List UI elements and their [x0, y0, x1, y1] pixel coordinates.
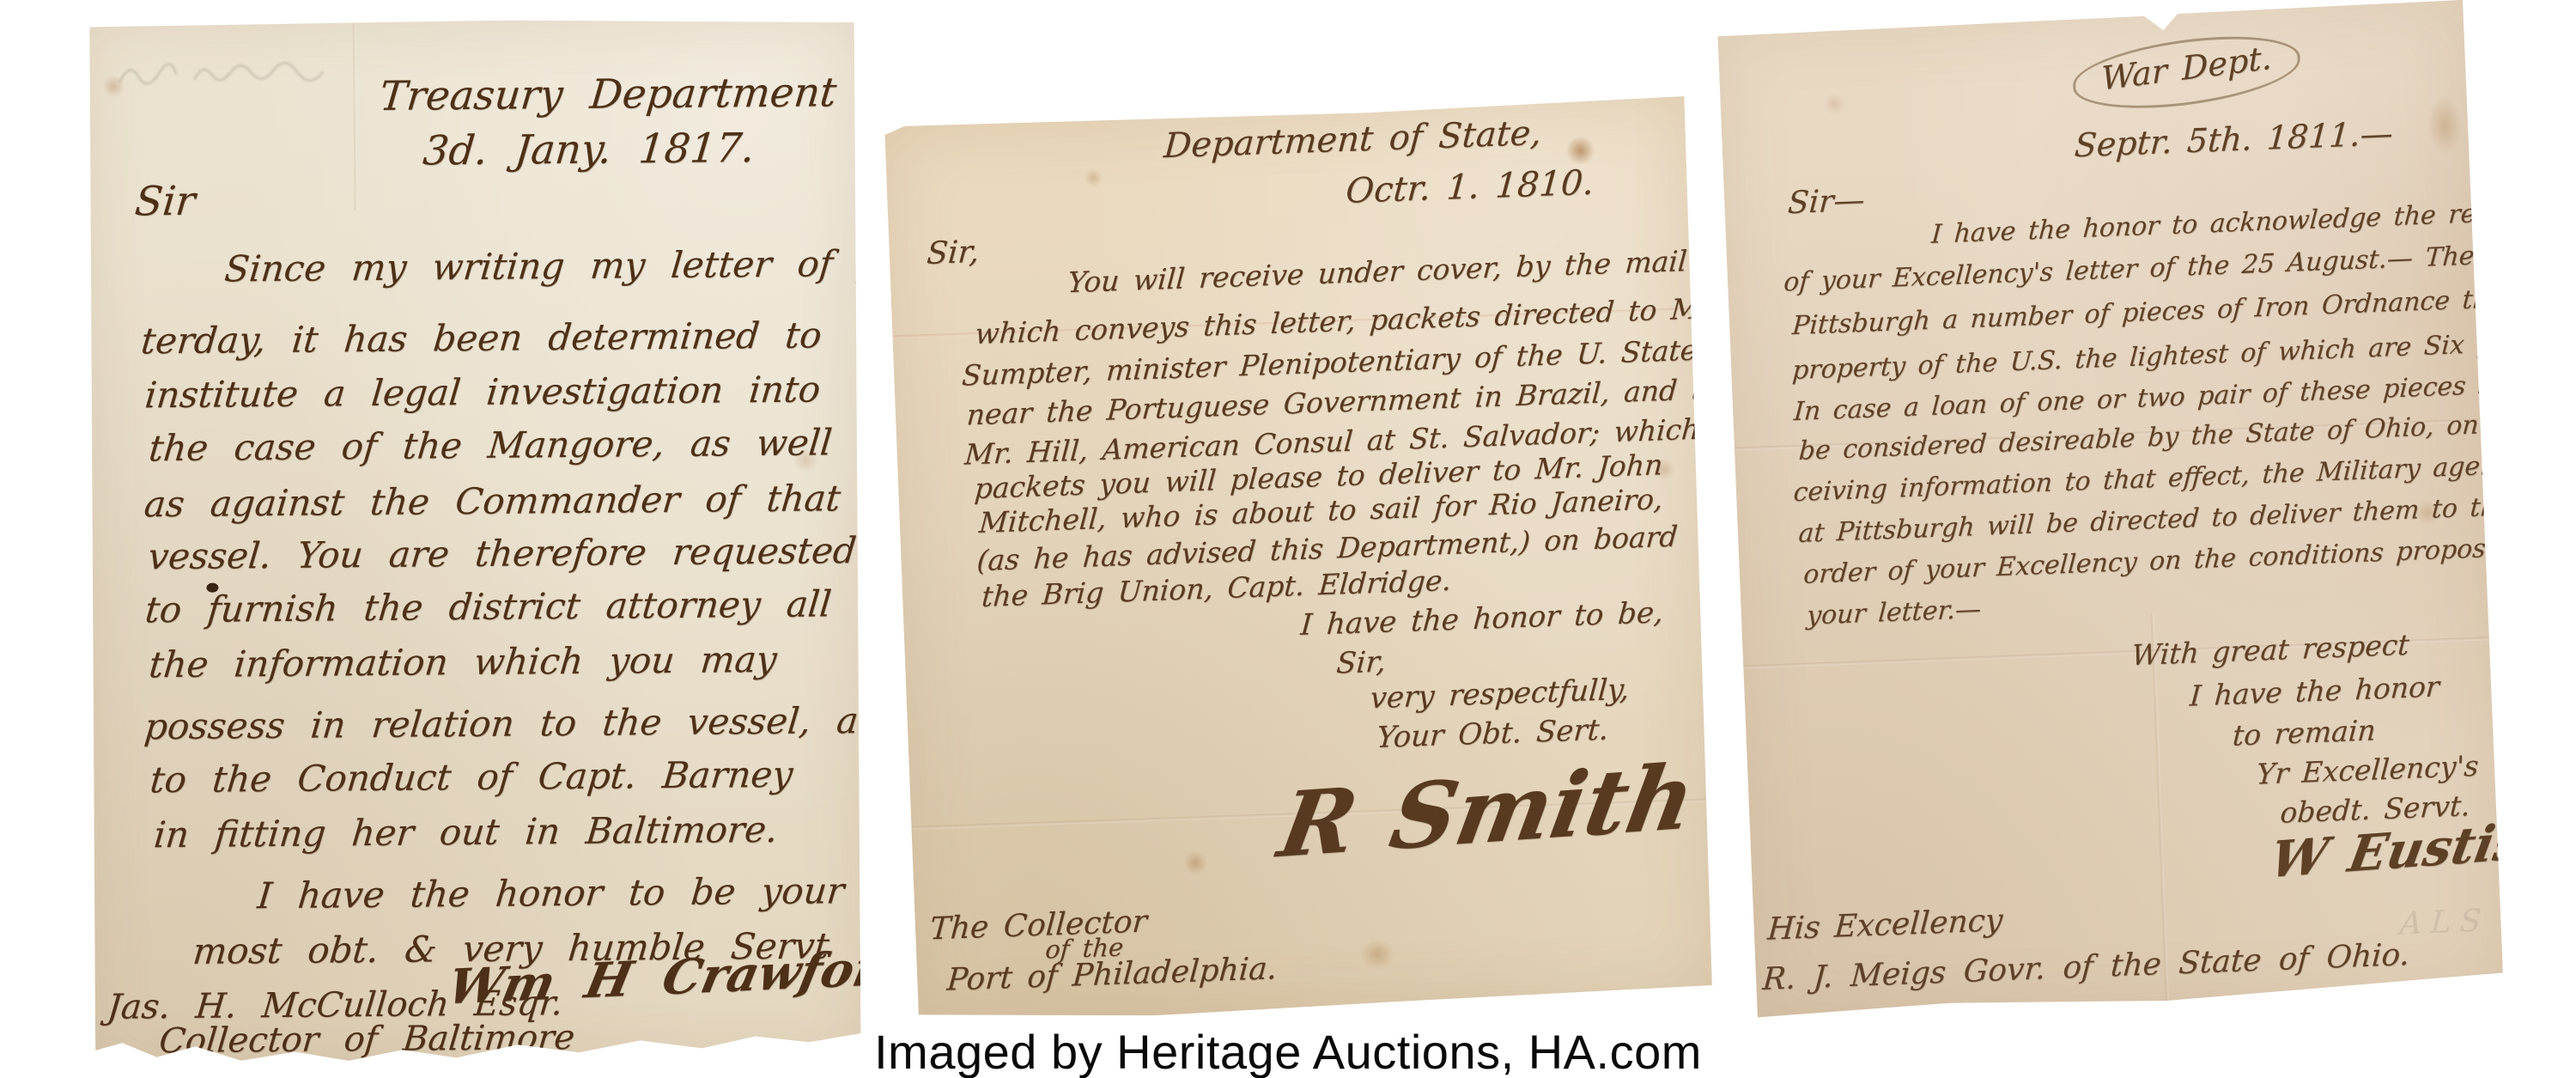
letterhead-date: 3d. Jany. 1817. — [421, 125, 756, 174]
letter-treasury-1817: Treasury Department 3d. Jany. 1817. Sir … — [87, 17, 864, 1065]
pencil-annotation: ALS — [2398, 903, 2490, 941]
closing-line: I have the honor — [2189, 669, 2440, 712]
foxing-spot — [1823, 93, 1846, 116]
closing-line: Sir, — [1335, 645, 1387, 681]
closing-line: I have the honor to be, — [1299, 595, 1664, 643]
letter-state-1810: Department of State, Octr. 1. 1810. Sir,… — [884, 96, 1716, 1024]
handwriting-line: terday, it has been determined to — [139, 314, 823, 362]
closing-line: With great respect — [2130, 628, 2410, 673]
handwriting-line: as against the Commander of that — [143, 477, 842, 525]
handwriting-line: You will receive under cover, by the mai… — [1066, 244, 1688, 299]
handwriting-line: possess in relation to the vessel, and — [143, 699, 907, 748]
handwriting-line: the information which you may — [147, 638, 778, 685]
address-line: R. J. Meigs Govr. of the State of Ohio. — [1761, 937, 2410, 997]
letterhead: War Dept. — [2071, 35, 2302, 109]
closing-line: very respectfully, — [1369, 673, 1630, 716]
handwriting-line: to furnish the district attorney all — [143, 582, 834, 630]
handwriting-line: vessel. You are therefore requested — [146, 529, 858, 577]
handwriting-line: Since my writing my letter of yes- — [222, 241, 933, 289]
foxing-spot — [102, 76, 125, 98]
letterhead: Treasury Department — [378, 69, 839, 120]
closing-line: Yr Excellency's — [2256, 749, 2480, 791]
auction-photo: Treasury Department 3d. Jany. 1817. Sir … — [0, 0, 2576, 1078]
foxing-spot — [1359, 938, 1394, 970]
faint-pencil-inscription — [112, 46, 371, 100]
foxing-spot — [1183, 850, 1208, 875]
address-line: Port of Philadelphia. — [946, 951, 1279, 998]
letterhead: Department of State, — [1163, 113, 1543, 166]
handwriting-line: the case of the Mangore, as well — [147, 421, 834, 469]
handwriting-line: your letter.— — [1806, 594, 1982, 631]
handwriting-line: institute a legal investigation into — [143, 368, 823, 416]
salutation: Sir, — [926, 234, 981, 271]
closing-line: I have the honor to be your — [256, 869, 847, 917]
letterhead-date: Octr. 1. 1810. — [1345, 163, 1595, 211]
caption-text: Imaged by Heritage Auctions, HA.com — [0, 1024, 2576, 1078]
foxing-spot — [2427, 94, 2464, 155]
handwriting-line: to the Conduct of Capt. Barney — [149, 753, 795, 801]
letterhead-date: Septr. 5th. 1811.— — [2073, 114, 2394, 164]
closing-line: to remain — [2232, 713, 2377, 752]
handwriting-line: in fitting her out in Baltimore. — [152, 808, 780, 856]
salutation: Sir— — [1787, 183, 1866, 222]
signature: R Smith — [1272, 743, 1703, 878]
address-line: His Excellency — [1766, 903, 2003, 947]
foxing-spot — [1565, 136, 1595, 166]
foxing-spot — [1084, 168, 1103, 188]
salutation: Sir — [133, 178, 197, 226]
closing-line: Your Obt. Sert. — [1376, 713, 1610, 756]
letterhead-flourish-oval: War Dept. — [2072, 26, 2300, 119]
letter-war-1811: War Dept. Septr. 5th. 1811.— Sir— I have… — [1717, 0, 2504, 1022]
